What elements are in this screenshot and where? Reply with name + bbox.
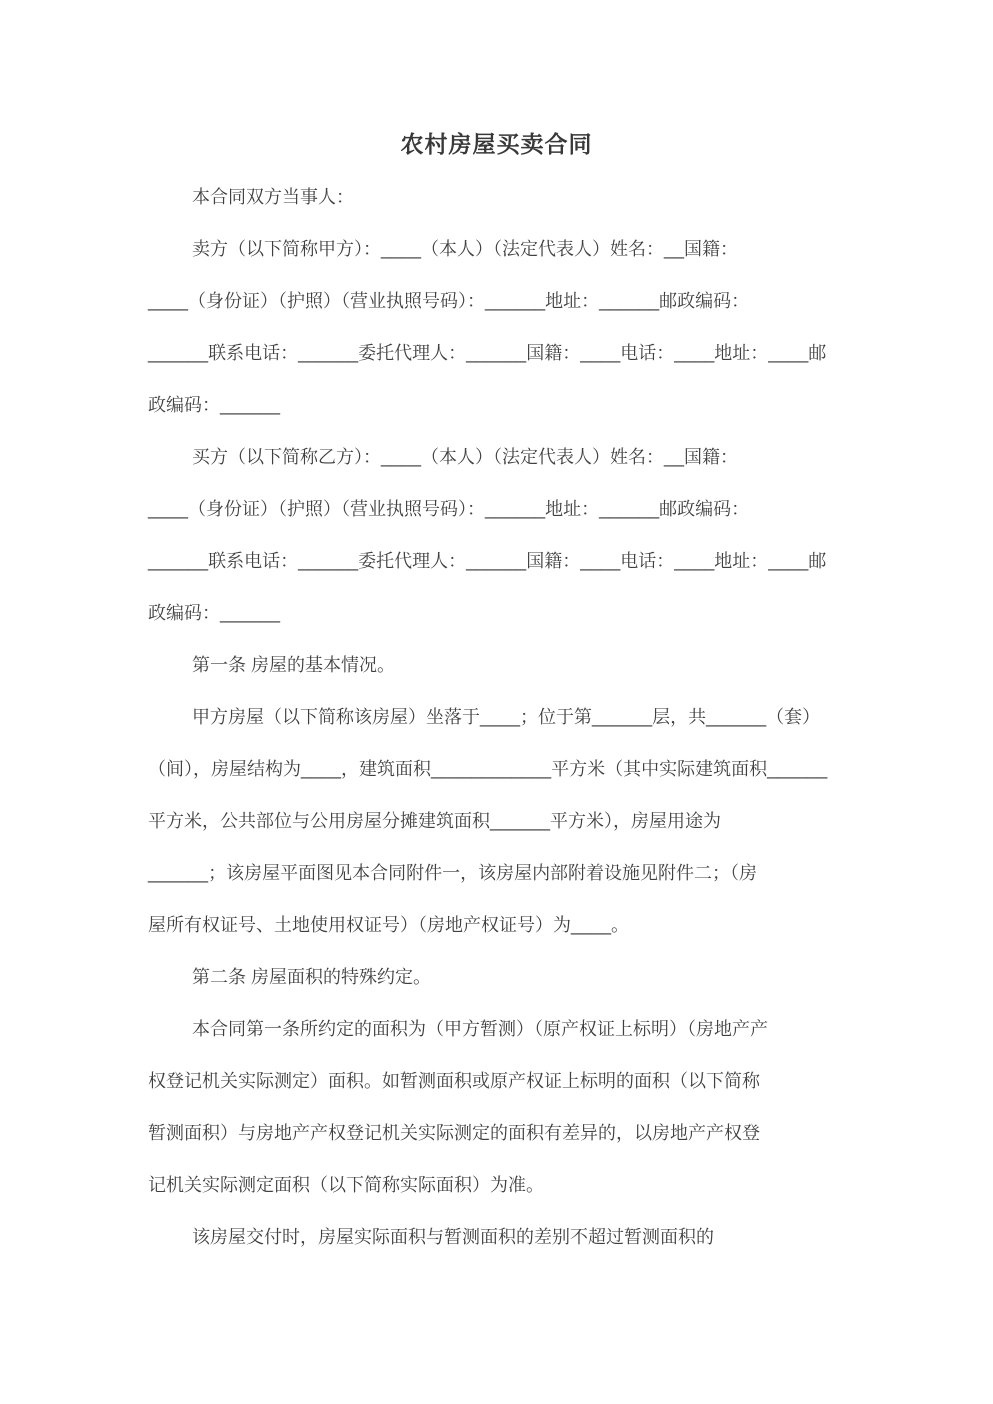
contract-line: 暂测面积）与房地产产权登记机关实际测定的面积有差异的，以房地产产权登 — [148, 1107, 845, 1159]
contract-line: ______联系电话：______委托代理人：______国籍：____电话：_… — [148, 327, 845, 379]
contract-line: 政编码：______ — [148, 587, 845, 639]
contract-line: ______；该房屋平面图见本合同附件一，该房屋内部附着设施见附件二；（房 — [148, 847, 845, 899]
document-title: 农村房屋买卖合同 — [0, 0, 993, 161]
contract-line: 权登记机关实际测定）面积。如暂测面积或原产权证上标明的面积（以下简称 — [148, 1055, 845, 1107]
contract-line: 买方（以下简称乙方）：____（本人）（法定代表人）姓名：__国籍： — [148, 431, 845, 483]
contract-line: 记机关实际测定面积（以下简称实际面积）为准。 — [148, 1159, 845, 1211]
contract-line: （间），房屋结构为____，建筑面积____________平方米（其中实际建筑… — [148, 743, 845, 795]
contract-line: 本合同第一条所约定的面积为（甲方暂测）（原产权证上标明）（房地产产 — [148, 1003, 845, 1055]
contract-line: ____（身份证）（护照）（营业执照号码）：______地址：______邮政编… — [148, 483, 845, 535]
contract-line: 本合同双方当事人： — [148, 171, 845, 223]
contract-line: 第一条 房屋的基本情况。 — [148, 639, 845, 691]
contract-body: 本合同双方当事人：卖方（以下简称甲方）：____（本人）（法定代表人）姓名：__… — [148, 171, 845, 1263]
contract-line: 第二条 房屋面积的特殊约定。 — [148, 951, 845, 1003]
contract-line: 屋所有权证号、土地使用权证号）（房地产权证号）为____。 — [148, 899, 845, 951]
contract-line: 该房屋交付时，房屋实际面积与暂测面积的差别不超过暂测面积的 — [148, 1211, 845, 1263]
contract-line: ____（身份证）（护照）（营业执照号码）：______地址：______邮政编… — [148, 275, 845, 327]
contract-line: ______联系电话：______委托代理人：______国籍：____电话：_… — [148, 535, 845, 587]
contract-line: 政编码：______ — [148, 379, 845, 431]
contract-line: 卖方（以下简称甲方）：____（本人）（法定代表人）姓名：__国籍： — [148, 223, 845, 275]
document-page: 农村房屋买卖合同 本合同双方当事人：卖方（以下简称甲方）：____（本人）（法定… — [0, 0, 993, 1404]
contract-line: 平方米，公共部位与公用房屋分摊建筑面积______平方米），房屋用途为 — [148, 795, 845, 847]
contract-line: 甲方房屋（以下简称该房屋）坐落于____；位于第______层，共______（… — [148, 691, 845, 743]
